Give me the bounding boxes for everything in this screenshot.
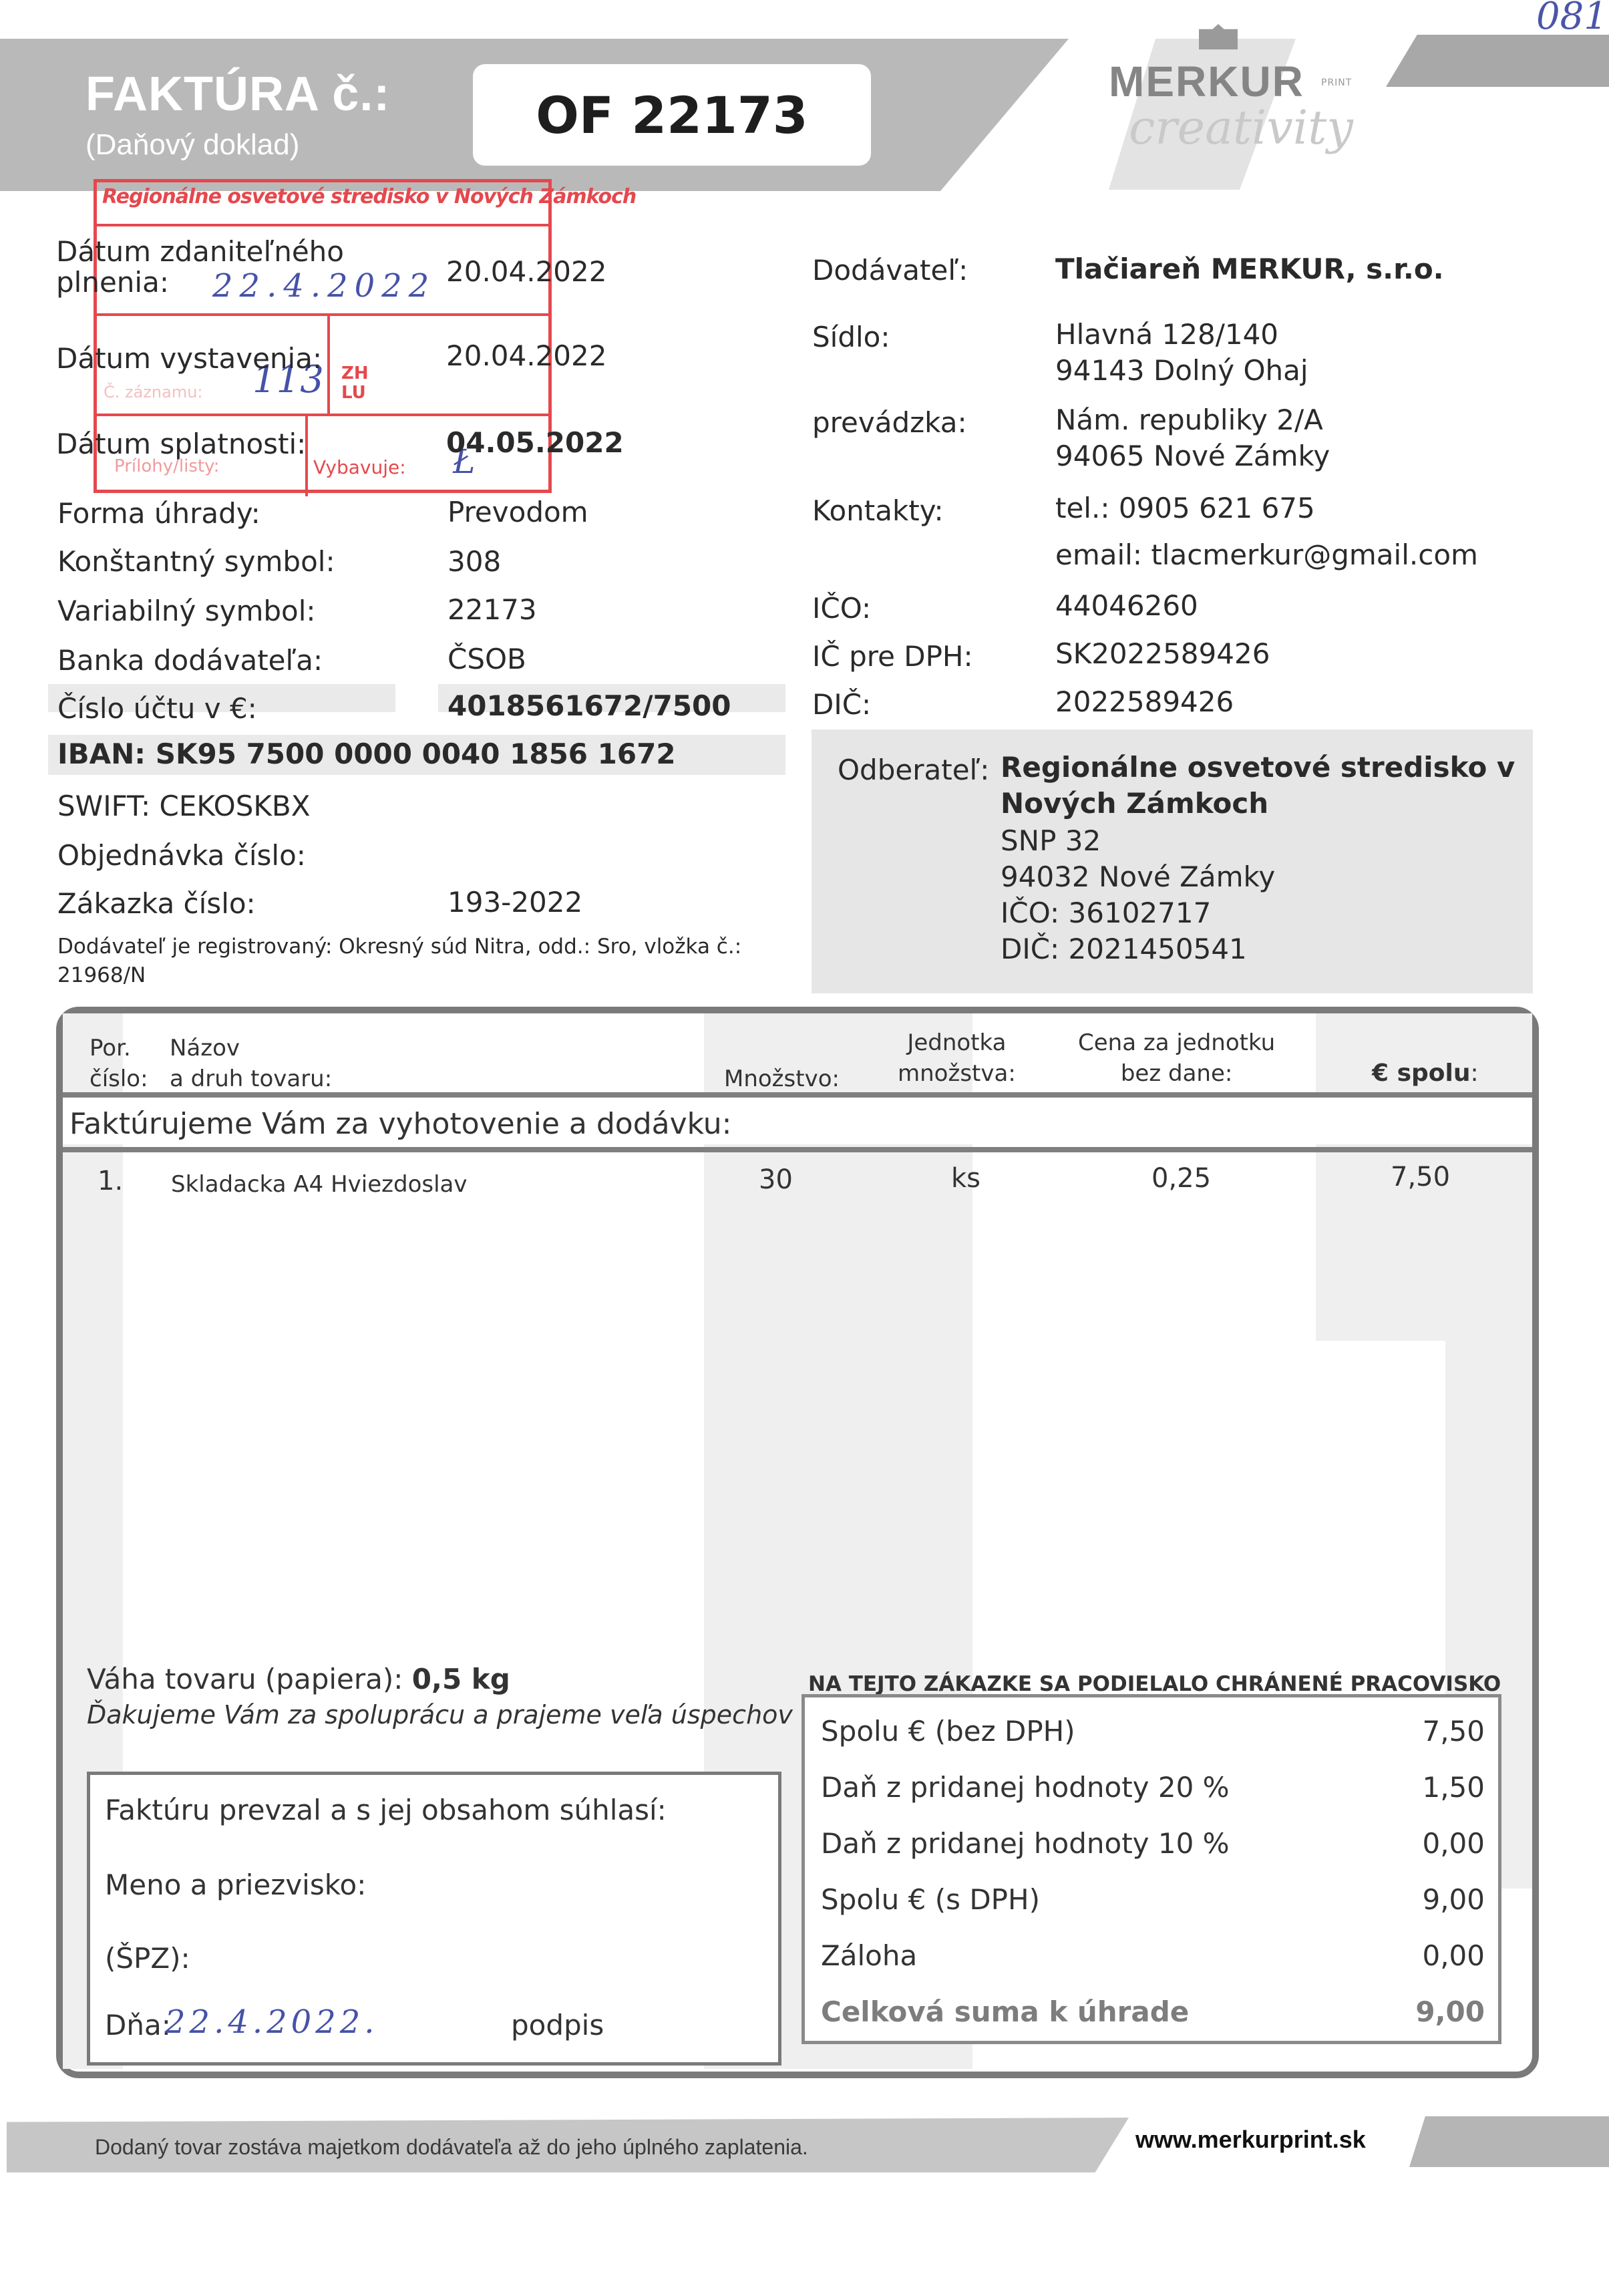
header-right-band: [1386, 35, 1609, 87]
bank-label: Banka dodávateľa:: [57, 644, 323, 677]
item-name: Skladacka A4 Hviezdoslav: [171, 1171, 468, 1198]
item-quantity: 30: [759, 1164, 793, 1195]
job-number-label: Zákazka číslo:: [57, 887, 256, 920]
supplier-email: email: tlacmerkur@gmail.com: [1055, 538, 1478, 571]
header-divider: [63, 1092, 1532, 1098]
item-no: 1.: [98, 1166, 123, 1196]
branch-line2: 94065 Nové Zámky: [1055, 440, 1330, 472]
supplier-phone: tel.: 0905 621 675: [1055, 492, 1315, 524]
header-no: Por. číslo:: [90, 1033, 148, 1095]
summary-value: 0,00: [1422, 1827, 1485, 1860]
job-number-value: 193-2022: [448, 886, 582, 919]
summary-value: 1,50: [1422, 1771, 1485, 1804]
receipt-plate-label: (ŠPZ):: [105, 1942, 190, 1975]
header-total: € spolu:: [1372, 1057, 1479, 1090]
swift: SWIFT: CEKOSKBX: [57, 790, 311, 822]
summary-label: Záloha: [821, 1939, 917, 1972]
summary-value: 0,00: [1422, 1939, 1485, 1972]
summary-label: Spolu € (s DPH): [821, 1883, 1040, 1916]
merkur-logo: MERKUR: [1109, 57, 1304, 106]
thanks-note: Ďakujeme Vám za spoluprácu a prajeme veľ…: [87, 1700, 793, 1730]
summary-total-value: 9,00: [1415, 1995, 1485, 2028]
taxable-date-label: Dátum zdaniteľného plnenia:: [56, 236, 350, 298]
summary-total-label: Celková suma k úhrade: [821, 1995, 1189, 2028]
weight-label: Váha tovaru (papiera):: [87, 1663, 412, 1695]
document-subtitle: (Daňový doklad): [85, 128, 299, 162]
summary-row: Spolu € (bez DPH)7,50: [821, 1715, 1485, 1748]
customer-address-line1: SNP 32: [1001, 824, 1101, 857]
header-no-line2: číslo:: [90, 1064, 148, 1095]
header-unit-price: Cena za jednotku bez dane:: [1078, 1028, 1275, 1090]
item-total: 7,50: [1391, 1162, 1450, 1192]
weight-value: 0,5 kg: [412, 1663, 510, 1695]
merkur-logo-icon: [1199, 24, 1238, 49]
header-quantity: Množstvo:: [724, 1064, 840, 1095]
customer-label: Odberateľ:: [838, 754, 989, 786]
merkur-logo-suffix: PRINT: [1321, 77, 1352, 88]
due-date-label: Dátum splatnosti:: [56, 428, 306, 460]
summary-row: Záloha0,00: [821, 1939, 1485, 1972]
variable-symbol-label: Variabilný symbol:: [57, 595, 316, 627]
summary-label: Spolu € (bez DPH): [821, 1715, 1075, 1748]
supplier-dic: 2022589426: [1055, 685, 1234, 718]
summary-total-row: Celková suma k úhrade9,00: [821, 1995, 1485, 2028]
item-unit-price: 0,25: [1151, 1163, 1211, 1194]
variable-symbol-value: 22173: [448, 593, 537, 626]
receipt-accepted: Faktúru prevzal a s jej obsahom súhlasí:: [105, 1794, 667, 1826]
branch-line1: Nám. republiky 2/A: [1055, 403, 1323, 436]
iban: IBAN: SK95 7500 0000 0040 1856 1672: [57, 737, 676, 770]
customer-name-line2: Nových Zámkoch: [1001, 787, 1268, 820]
supplier-label: Dodávateľ:: [812, 254, 968, 287]
stamp-number-label: Č. záznamu:: [104, 383, 203, 401]
document-title: FAKTÚRA č.:: [85, 67, 390, 122]
receipt-date-label: Dňa:: [105, 2009, 171, 2041]
invoice-number: OF 22173: [473, 64, 871, 166]
header-name: Názov a druh tovaru:: [170, 1033, 332, 1095]
header-unit-line2: množstva:: [898, 1059, 1016, 1090]
summary-box: Spolu € (bez DPH)7,50 Daň z pridanej hod…: [801, 1694, 1501, 2044]
stamp-divider: [97, 224, 548, 226]
receipt-box: Faktúru prevzal a s jej obsahom súhlasí:…: [87, 1772, 781, 2066]
issue-date-value: 20.04.2022: [446, 339, 606, 372]
customer-name-line1: Regionálne osvetové stredisko v: [1001, 751, 1515, 784]
due-date-value: 04.05.2022: [446, 426, 624, 459]
ownership-note: Dodaný tovar zostáva majetkom dodávateľa…: [95, 2135, 808, 2160]
seat-line1: Hlavná 128/140: [1055, 318, 1278, 351]
intro-text: Faktúrujeme Vám za vyhotovenie a dodávku…: [69, 1107, 731, 1141]
constant-symbol-label: Konštantný symbol:: [57, 545, 335, 578]
seat-label: Sídlo:: [812, 321, 890, 353]
stamp-divider: [97, 414, 548, 416]
customer-ico: IČO: 36102717: [1001, 896, 1211, 929]
header-name-line2: a druh tovaru:: [170, 1064, 332, 1095]
summary-label: Daň z pridanej hodnoty 20 %: [821, 1771, 1230, 1804]
stamp-code: ZH LU: [341, 364, 369, 402]
contacts-label: Kontakty:: [812, 494, 944, 527]
issue-date-label: Dátum vystavenia:: [56, 342, 322, 375]
item-unit: ks: [951, 1163, 980, 1194]
signature-label: podpis: [511, 2009, 604, 2041]
stamp-code-line1: ZH: [341, 364, 369, 383]
logo-tagline: creativity: [1129, 100, 1353, 155]
account-number-value: 4018561672/7500: [448, 689, 731, 722]
header-total-bold: € spolu: [1372, 1059, 1470, 1087]
stamp-organization: Regionálne osvetové stredisko v Nových Z…: [102, 185, 636, 208]
header-no-line1: Por.: [90, 1033, 148, 1064]
stamp-divider: [327, 313, 330, 414]
summary-value: 9,00: [1422, 1883, 1485, 1916]
bank-value: ČSOB: [448, 643, 526, 675]
order-number-label: Objednávka číslo:: [57, 839, 306, 872]
receipt-name-label: Meno a priezvisko:: [105, 1868, 366, 1901]
supplier-icdph: SK2022589426: [1055, 637, 1270, 670]
header-unit: Jednotka množstva:: [898, 1028, 1016, 1090]
account-number-label: Číslo účtu v €:: [57, 692, 257, 725]
supplier-name: Tlačiareň MERKUR, s.r.o.: [1055, 253, 1444, 285]
intro-divider: [63, 1147, 1532, 1152]
header-name-line1: Názov: [170, 1033, 332, 1064]
supplier-dic-label: DIČ:: [812, 688, 871, 721]
summary-value: 7,50: [1422, 1715, 1485, 1748]
stamp-code-line2: LU: [341, 383, 369, 403]
protected-workplace-heading: NA TEJTO ZÁKAZKE SA PODIELALO CHRÁNENÉ P…: [808, 1672, 1501, 1696]
stamp-handled-by-label: Vybavuje:: [313, 456, 406, 478]
summary-row: Daň z pridanej hodnoty 20 %1,50: [821, 1771, 1485, 1804]
summary-row: Daň z pridanej hodnoty 10 %0,00: [821, 1827, 1485, 1860]
customer-address-line2: 94032 Nové Zámky: [1001, 860, 1275, 893]
receipt-handwritten-date: 22.4.2022.: [165, 2003, 379, 2041]
footer-right-band: [1409, 2116, 1609, 2167]
payment-method-value: Prevodom: [448, 496, 588, 528]
seat-line2: 94143 Dolný Ohaj: [1055, 354, 1308, 387]
header-total-suffix: :: [1470, 1059, 1478, 1087]
summary-label: Daň z pridanej hodnoty 10 %: [821, 1827, 1230, 1860]
header-price-line2: bez dane:: [1078, 1059, 1275, 1090]
supplier-ico: 44046260: [1055, 589, 1198, 622]
supplier-ico-label: IČO:: [812, 592, 871, 625]
customer-dic: DIČ: 2021450541: [1001, 933, 1247, 965]
header-price-line1: Cena za jednotku: [1078, 1028, 1275, 1059]
summary-row: Spolu € (s DPH)9,00: [821, 1883, 1485, 1916]
registration-note: Dodávateľ je registrovaný: Okresný súd N…: [57, 933, 779, 991]
constant-symbol-value: 308: [448, 545, 501, 578]
branch-label: prevádzka:: [812, 406, 967, 439]
taxable-date-value: 20.04.2022: [446, 255, 606, 288]
website-link[interactable]: www.merkurprint.sk: [1135, 2126, 1366, 2154]
weight-note: Váha tovaru (papiera): 0,5 kg: [87, 1663, 510, 1695]
payment-method-label: Forma úhrady:: [57, 497, 260, 530]
handwritten-page-number: 081: [1536, 0, 1608, 38]
stamp-divider: [97, 313, 548, 316]
header-unit-line1: Jednotka: [898, 1028, 1016, 1059]
supplier-icdph-label: IČ pre DPH:: [812, 640, 973, 673]
